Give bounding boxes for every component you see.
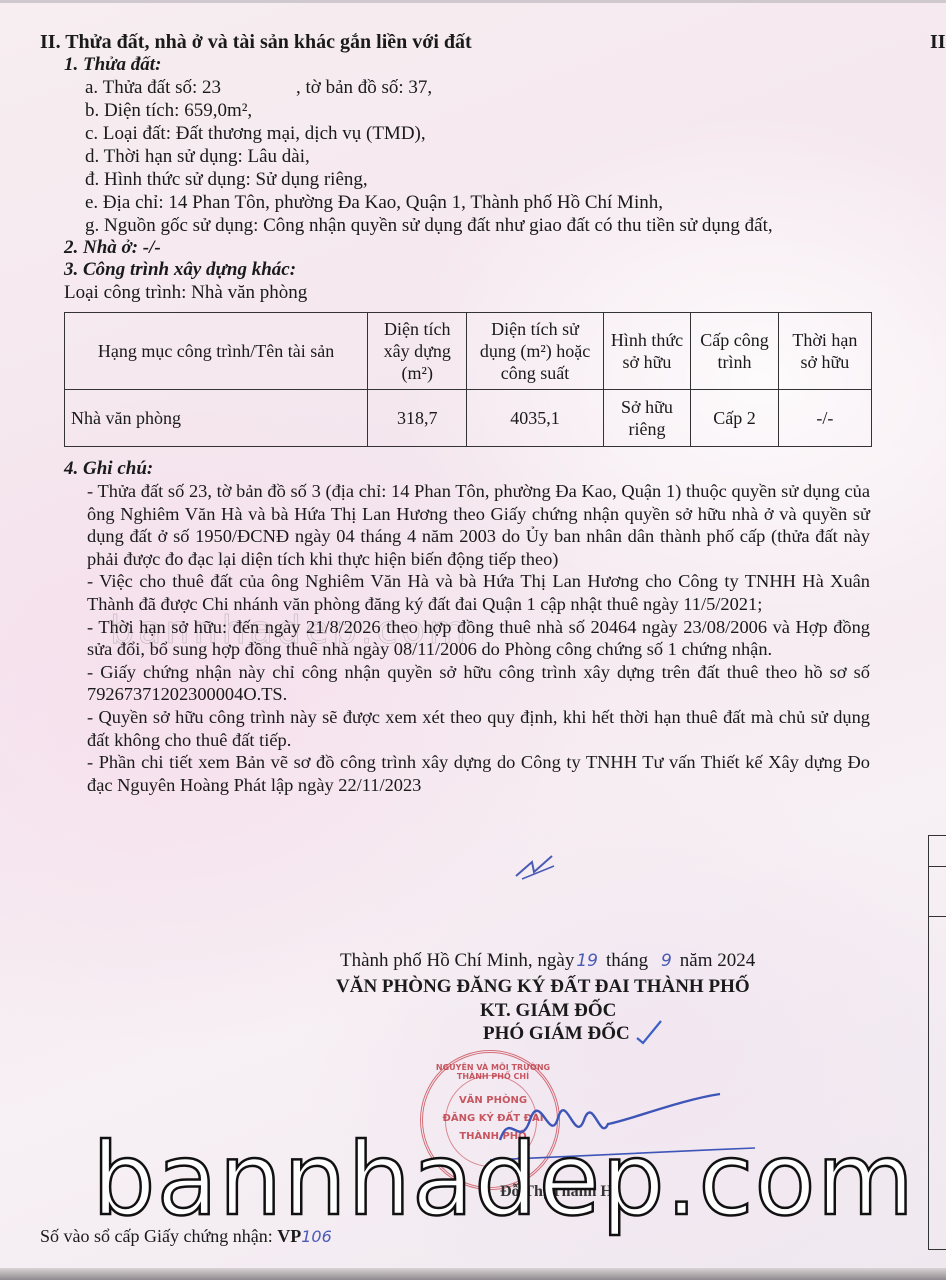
land-type: c. Loại đất: Đất thương mại, dịch vụ (TM… xyxy=(85,123,426,145)
land-address: e. Địa chỉ: 14 Phan Tôn, phường Đa Kao, … xyxy=(85,192,663,214)
registration-prefix: VP xyxy=(277,1226,301,1246)
notes-heading: 4. Ghi chú: xyxy=(64,458,153,480)
section-title: II. Thửa đất, nhà ở và tài sản khác gắn … xyxy=(40,31,472,54)
deputy-director-title: PHÓ GIÁM ĐỐC xyxy=(483,1023,630,1045)
note-item: - Thời hạn sở hữu: đến ngày 21/8/2026 th… xyxy=(87,616,870,661)
table-header-row: Hạng mục công trình/Tên tài sản Diện tíc… xyxy=(65,313,872,390)
cell-use-area: 4035,1 xyxy=(467,390,603,447)
land-parcel-number: a. Thửa đất số: 23 xyxy=(85,77,221,99)
city-prefix: Thành phố Hồ Chí Minh, ngày xyxy=(340,950,574,971)
note-item: - Việc cho thuê đất của ông Nghiêm Văn H… xyxy=(87,570,870,615)
seal-ring-text: NGUYÊN VÀ MÔI TRƯỜNG THÀNH PHỐ CHÍ xyxy=(423,1063,563,1081)
right-table-rule xyxy=(929,916,946,917)
note-item: - Quyền sở hữu công trình này sẽ được xe… xyxy=(87,706,870,751)
works-type-line: Loại công trình: Nhà văn phòng xyxy=(64,282,307,304)
page-top-edge xyxy=(0,0,946,3)
house-heading: 2. Nhà ở: -/- xyxy=(64,237,161,259)
note-item: - Phần chi tiết xem Bản vẽ sơ đồ công tr… xyxy=(87,751,870,796)
checkmark-icon xyxy=(634,1018,664,1046)
land-area: b. Diện tích: 659,0m², xyxy=(85,100,252,122)
registration-label: Số vào sổ cấp Giấy chứng nhận: xyxy=(40,1226,273,1246)
note-item: - Giấy chứng nhận này chỉ công nhận quyề… xyxy=(87,661,870,706)
issuing-office: VĂN PHÒNG ĐĂNG KÝ ĐẤT ĐAI THÀNH PHỐ xyxy=(336,976,750,998)
right-page-table-edge xyxy=(928,835,946,1250)
asset-table: Hạng mục công trình/Tên tài sản Diện tíc… xyxy=(64,312,872,447)
site-watermark: bannhadep.com xyxy=(92,1125,915,1235)
col-header-item: Hạng mục công trình/Tên tài sản xyxy=(65,313,368,390)
col-header-build-area: Diện tích xây dựng (m²) xyxy=(368,313,467,390)
right-partial-heading: II xyxy=(930,31,946,54)
land-use-form: đ. Hình thức sử dụng: Sử dụng riêng, xyxy=(85,169,368,191)
cell-grade: Cấp 2 xyxy=(691,390,778,447)
notes-list: - Thửa đất số 23, tờ bản đồ số 3 (địa ch… xyxy=(87,480,870,796)
cell-build-area: 318,7 xyxy=(368,390,467,447)
page-bottom-edge xyxy=(0,1268,946,1280)
year-label: năm 2024 xyxy=(680,950,755,971)
land-heading: 1. Thửa đất: xyxy=(64,54,161,76)
registration-number: 106 xyxy=(301,1227,332,1246)
other-works-heading: 3. Công trình xây dựng khác: xyxy=(64,259,296,281)
initial-mark-icon xyxy=(512,852,558,882)
sign-month: 9 xyxy=(661,951,672,971)
land-origin: g. Nguồn gốc sử dụng: Công nhận quyền sử… xyxy=(85,215,773,237)
registration-line: Số vào sổ cấp Giấy chứng nhận: VP106 xyxy=(40,1226,332,1247)
cell-ownership: Sở hữu riêng xyxy=(603,390,691,447)
land-map-sheet: , tờ bản đồ số: 37, xyxy=(296,77,432,99)
note-item: - Thửa đất số 23, tờ bản đồ số 3 (địa ch… xyxy=(87,480,870,570)
col-header-use-area: Diện tích sử dụng (m²) hoặc công suất xyxy=(467,313,603,390)
table-row: Nhà văn phòng 318,7 4035,1 Sở hữu riêng … xyxy=(65,390,872,447)
right-table-rule xyxy=(929,866,946,867)
signing-date-line: Thành phố Hồ Chí Minh, ngày19tháng 9năm … xyxy=(340,950,755,972)
land-term: d. Thời hạn sử dụng: Lâu dài, xyxy=(85,146,310,168)
col-header-grade: Cấp công trình xyxy=(691,313,778,390)
on-behalf-director: KT. GIÁM ĐỐC xyxy=(480,1000,616,1022)
cell-item: Nhà văn phòng xyxy=(65,390,368,447)
col-header-term: Thời hạn sở hữu xyxy=(778,313,871,390)
cell-term: -/- xyxy=(778,390,871,447)
month-label: tháng xyxy=(606,950,648,971)
sign-day: 19 xyxy=(576,951,598,971)
col-header-ownership: Hình thức sở hữu xyxy=(603,313,691,390)
